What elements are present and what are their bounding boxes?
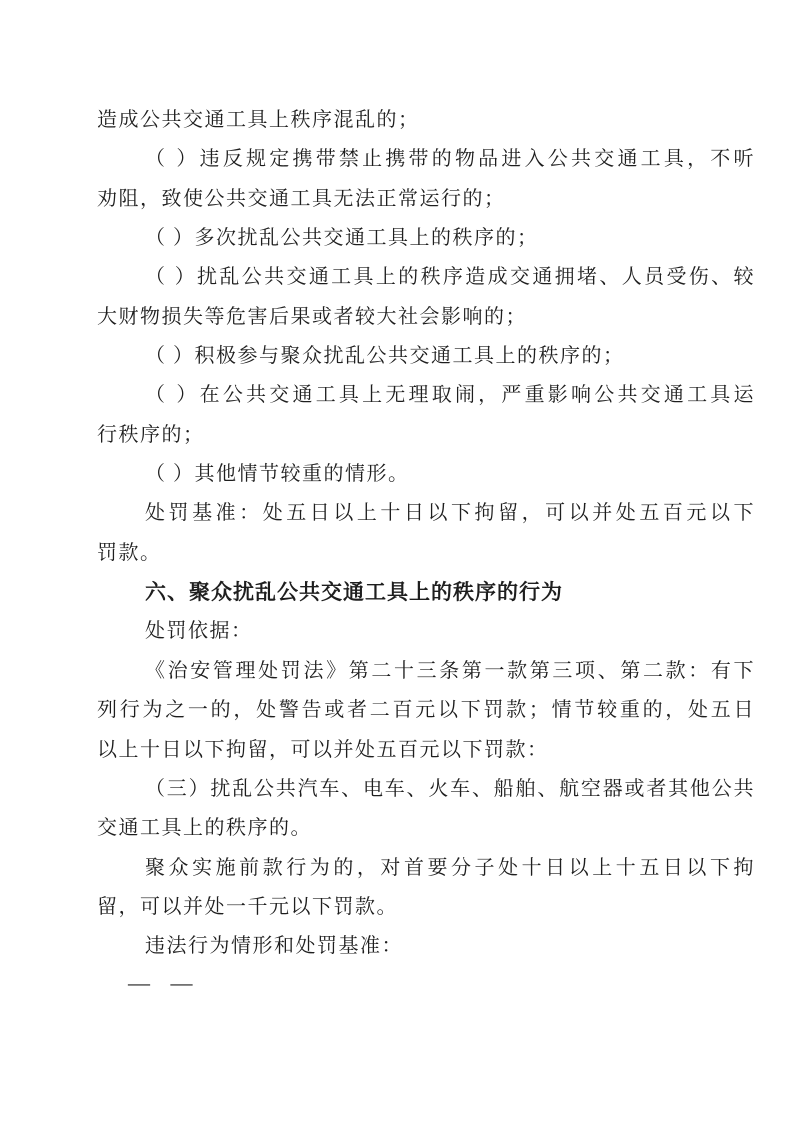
text-line: 交通工具上的秩序的。 [97, 809, 755, 848]
text-line: 处罚基准：处五日以上十日以下拘留，可以并处五百元以下 [97, 494, 755, 533]
text-line: 列行为之一的，处警告或者二百元以下罚款；情节较重的，处五日 [97, 691, 755, 730]
text-line: （ ）在公共交通工具上无理取闹，严重影响公共交通工具运 [97, 376, 755, 415]
text-line: 劝阻，致使公共交通工具无法正常运行的； [97, 180, 755, 219]
text-line: 以上十日以下拘留，可以并处五百元以下罚款： [97, 731, 755, 770]
text-line: 造成公共交通工具上秩序混乱的； [97, 101, 755, 140]
section-heading: 六、聚众扰乱公共交通工具上的秩序的行为 [97, 573, 755, 612]
footer-dash-left: — [128, 971, 150, 995]
text-line: （ ）多次扰乱公共交通工具上的秩序的； [97, 219, 755, 258]
text-line: 大财物损失等危害后果或者较大社会影响的； [97, 298, 755, 337]
text-line: 《治安管理处罚法》第二十三条第一款第三项、第二款：有下 [97, 652, 755, 691]
text-line: 违法行为情形和处罚基准： [97, 927, 755, 966]
text-line: （ ）其他情节较重的情形。 [97, 455, 755, 494]
text-line: 行秩序的； [97, 416, 755, 455]
text-line: 留，可以并处一千元以下罚款。 [97, 888, 755, 927]
document-page: 造成公共交通工具上秩序混乱的； （ ）违反规定携带禁止携带的物品进入公共交通工具… [0, 0, 793, 1122]
text-line: （ ）扰乱公共交通工具上的秩序造成交通拥堵、人员受伤、较 [97, 258, 755, 297]
text-line: 罚款。 [97, 534, 755, 573]
text-line: （ ）积极参与聚众扰乱公共交通工具上的秩序的； [97, 337, 755, 376]
text-line: 聚众实施前款行为的，对首要分子处十日以上十五日以下拘 [97, 849, 755, 888]
page-footer: — — [128, 971, 193, 995]
text-line: （三）扰乱公共汽车、电车、火车、船舶、航空器或者其他公共 [97, 770, 755, 809]
text-line: 处罚依据： [97, 612, 755, 651]
document-body: 造成公共交通工具上秩序混乱的； （ ）违反规定携带禁止携带的物品进入公共交通工具… [97, 101, 755, 967]
footer-dash-right: — [171, 971, 193, 995]
text-line: （ ）违反规定携带禁止携带的物品进入公共交通工具，不听 [97, 140, 755, 179]
